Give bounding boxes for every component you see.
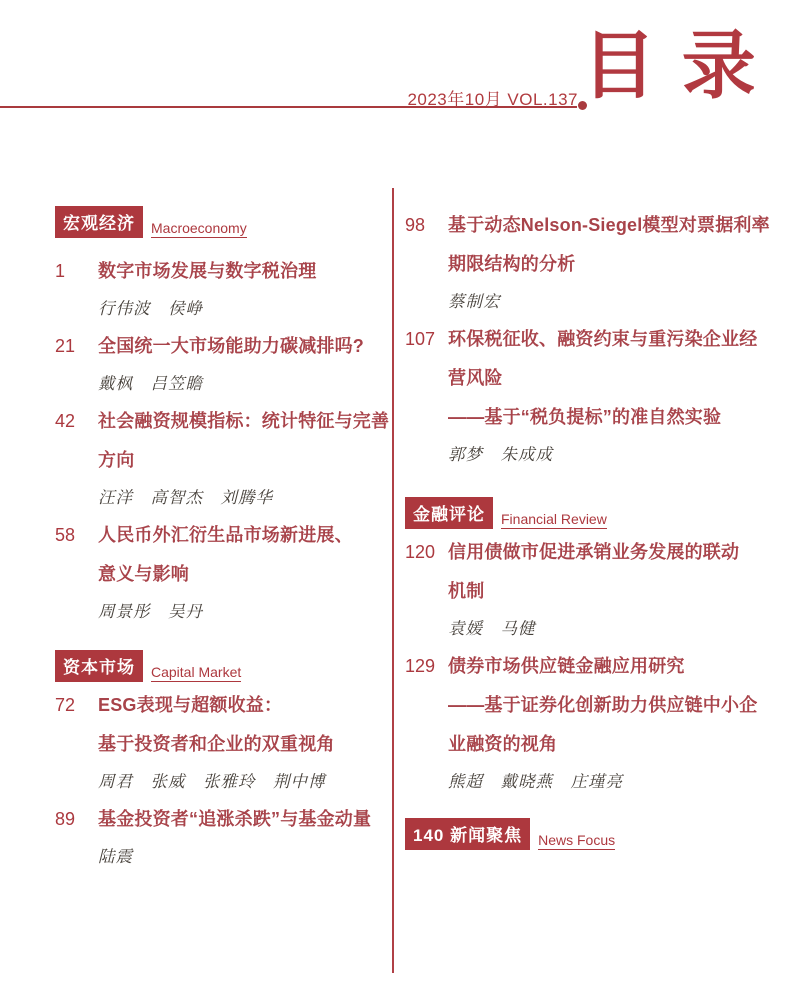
toc-page: 2023年10月 VOL.137 目 录 宏观经济 Macroeconomy 1… xyxy=(0,0,788,1003)
article-authors: 周君 张威 张雅玲 荆中博 xyxy=(98,764,391,800)
article-authors: 袁媛 马健 xyxy=(448,611,788,647)
article-title-line: 方向 xyxy=(98,441,391,480)
toc-item-p42: 42 社会融资规模指标：统计特征与完善 方向 汪洋 高智杰 刘腾华 xyxy=(55,402,391,516)
page-number: 58 xyxy=(55,516,98,630)
left-column: 宏观经济 Macroeconomy 1 数字市场发展与数字税治理 行伟波 侯峥 … xyxy=(55,200,391,875)
page-number: 1 xyxy=(55,252,98,327)
article-title-line: 全国统一大市场能助力碳减排吗? xyxy=(98,327,391,366)
article-title-line: 营风险 xyxy=(448,359,788,398)
toc-item-p21: 21 全国统一大市场能助力碳减排吗? 戴枫 吕笠瞻 xyxy=(55,327,391,402)
item-text: ESG表现与超额收益： 基于投资者和企业的双重视角 周君 张威 张雅玲 荆中博 xyxy=(98,686,391,800)
section-header: 金融评论 Financial Review xyxy=(405,497,788,529)
article-title-line: 基于投资者和企业的双重视角 xyxy=(98,725,391,764)
article-authors: 汪洋 高智杰 刘腾华 xyxy=(98,480,391,516)
item-text: 环保税征收、融资约束与重污染企业经 营风险 ——基于“税负提标”的准自然实验 郭… xyxy=(448,320,788,473)
item-text: 信用债做市促进承销业务发展的联动 机制 袁媛 马健 xyxy=(448,533,788,647)
item-text: 债券市场供应链金融应用研究 ——基于证券化创新助力供应链中小企 业融资的视角 熊… xyxy=(448,647,788,800)
item-text: 社会融资规模指标：统计特征与完善 方向 汪洋 高智杰 刘腾华 xyxy=(98,402,391,516)
toc-item-p129: 129 债券市场供应链金融应用研究 ——基于证券化创新助力供应链中小企 业融资的… xyxy=(405,647,788,800)
article-title-line: 期限结构的分析 xyxy=(448,245,788,284)
article-title-line: 环保税征收、融资约束与重污染企业经 xyxy=(448,320,788,359)
issue-date: 2023年10月 VOL.137 xyxy=(398,85,578,110)
article-subtitle-line: 业融资的视角 xyxy=(448,725,788,764)
toc-item-p58: 58 人民币外汇衍生品市场新进展、 意义与影响 周景彤 吴丹 xyxy=(55,516,391,630)
section-macroeconomy: 宏观经济 Macroeconomy 1 数字市场发展与数字税治理 行伟波 侯峥 … xyxy=(55,206,391,630)
article-authors: 戴枫 吕笠瞻 xyxy=(98,366,391,402)
item-text: 基金投资者“追涨杀跌”与基金动量 陆震 xyxy=(98,800,391,875)
article-title-line: 意义与影响 xyxy=(98,555,391,594)
section-badge: 资本市场 xyxy=(55,650,143,682)
page-number: 120 xyxy=(405,533,448,647)
item-text: 人民币外汇衍生品市场新进展、 意义与影响 周景彤 吴丹 xyxy=(98,516,391,630)
section-badge-en: News Focus xyxy=(538,832,615,850)
article-title-line: 机制 xyxy=(448,572,788,611)
section-badge-en: Financial Review xyxy=(501,511,607,529)
section-header: 资本市场 Capital Market xyxy=(55,650,391,682)
item-text: 基于动态Nelson-Siegel模型对票据利率 期限结构的分析 蔡制宏 xyxy=(448,206,788,320)
section-capital-market: 资本市场 Capital Market 72 ESG表现与超额收益： 基于投资者… xyxy=(55,650,391,875)
toc-item-p1: 1 数字市场发展与数字税治理 行伟波 侯峥 xyxy=(55,252,391,327)
page-number: 72 xyxy=(55,686,98,800)
item-text: 数字市场发展与数字税治理 行伟波 侯峥 xyxy=(98,252,391,327)
article-title-line: 人民币外汇衍生品市场新进展、 xyxy=(98,516,391,555)
page-number: 107 xyxy=(405,320,448,473)
article-subtitle-line: ——基于证券化创新助力供应链中小企 xyxy=(448,686,788,725)
article-authors: 陆震 xyxy=(98,839,391,875)
page-number: 98 xyxy=(405,206,448,320)
section-badge-en: Macroeconomy xyxy=(151,220,247,238)
article-title-line: 基于动态Nelson-Siegel模型对票据利率 xyxy=(448,206,788,245)
article-subtitle-line: ——基于“税负提标”的准自然实验 xyxy=(448,398,788,437)
section-header: 宏观经济 Macroeconomy xyxy=(55,206,391,238)
section-badge: 140 新闻聚焦 xyxy=(405,818,530,850)
article-title-line: 社会融资规模指标：统计特征与完善 xyxy=(98,402,391,441)
toc-item-p120: 120 信用债做市促进承销业务发展的联动 机制 袁媛 马健 xyxy=(405,533,788,647)
toc-item-p72: 72 ESG表现与超额收益： 基于投资者和企业的双重视角 周君 张威 张雅玲 荆… xyxy=(55,686,391,800)
item-text: 全国统一大市场能助力碳减排吗? 戴枫 吕笠瞻 xyxy=(98,327,391,402)
column-divider xyxy=(392,188,394,973)
article-authors: 熊超 戴晓燕 庄瑾亮 xyxy=(448,764,788,800)
right-column: 98 基于动态Nelson-Siegel模型对票据利率 期限结构的分析 蔡制宏 … xyxy=(405,200,788,850)
article-title-line: 信用债做市促进承销业务发展的联动 xyxy=(448,533,788,572)
section-badge-en: Capital Market xyxy=(151,664,241,682)
toc-item-p98: 98 基于动态Nelson-Siegel模型对票据利率 期限结构的分析 蔡制宏 xyxy=(405,206,788,320)
article-authors: 蔡制宏 xyxy=(448,284,788,320)
section-badge: 金融评论 xyxy=(405,497,493,529)
article-authors: 周景彤 吴丹 xyxy=(98,594,391,630)
article-title-line: 债券市场供应链金融应用研究 xyxy=(448,647,788,686)
section-news-focus: 140 新闻聚焦 News Focus xyxy=(405,818,788,850)
article-title-line: 数字市场发展与数字税治理 xyxy=(98,252,391,291)
page-title: 目 录 xyxy=(582,20,756,113)
page-number: 89 xyxy=(55,800,98,875)
toc-item-p89: 89 基金投资者“追涨杀跌”与基金动量 陆震 xyxy=(55,800,391,875)
article-authors: 郭梦 朱成成 xyxy=(448,437,788,473)
article-authors: 行伟波 侯峥 xyxy=(98,291,391,327)
section-financial-review: 金融评论 Financial Review 120 信用债做市促进承销业务发展的… xyxy=(405,497,788,800)
section-badge: 宏观经济 xyxy=(55,206,143,238)
article-title-line: ESG表现与超额收益： xyxy=(98,686,391,725)
article-title-line: 基金投资者“追涨杀跌”与基金动量 xyxy=(98,800,391,839)
page-number: 129 xyxy=(405,647,448,800)
page-number: 42 xyxy=(55,402,98,516)
toc-item-p107: 107 环保税征收、融资约束与重污染企业经 营风险 ——基于“税负提标”的准自然… xyxy=(405,320,788,473)
page-number: 21 xyxy=(55,327,98,402)
